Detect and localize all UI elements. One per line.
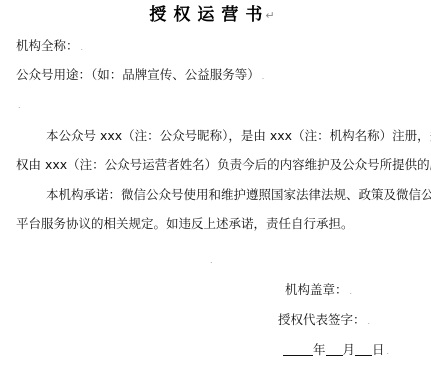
year-label: 年 bbox=[313, 342, 326, 357]
account-usage-label: 公众号用途：（如：品牌宣传、公益服务等） bbox=[16, 67, 260, 82]
authorization-text-1: 本公众号 xxx（注：公众号昵称），是由 xxx（注：机构名称）注册，并授 bbox=[46, 128, 431, 143]
date-field[interactable]: 年月日. bbox=[283, 342, 389, 360]
document-page: 授权运营书↵ 机构全称：. 公众号用途：（如：品牌宣传、公益服务等）. . 本公… bbox=[0, 0, 431, 381]
paragraph-mark-icon: . bbox=[81, 43, 84, 52]
rep-signature-label: 授权代表签字： bbox=[278, 312, 366, 327]
paragraph-mark-icon: . bbox=[262, 72, 265, 81]
org-seal-label: 机构盖章： bbox=[285, 282, 348, 297]
commitment-paragraph-line-2: 平台服务协议的相关规定。如违反上述承诺，责任自行承担。 bbox=[16, 216, 354, 232]
day-label: 日 bbox=[372, 342, 385, 357]
commitment-text-2: 平台服务协议的相关规定。如违反上述承诺，责任自行承担。 bbox=[16, 216, 354, 231]
document-title: 授权运营书↵ bbox=[0, 4, 431, 27]
account-usage-field[interactable]: 公众号用途：（如：品牌宣传、公益服务等）. bbox=[16, 67, 264, 85]
title-text: 授权运营书 bbox=[149, 5, 269, 25]
authorization-text-2: 权由 xxx（注：公众号运营者姓名）负责今后的内容维护及公众号所提供的服务。 bbox=[16, 157, 431, 172]
paragraph-mark-icon: ↵ bbox=[265, 9, 281, 22]
paragraph-mark-icon: . bbox=[387, 347, 390, 356]
empty-paragraph: . bbox=[16, 96, 21, 114]
commitment-paragraph-line-1: 本机构承诺：微信公众号使用和维护遵照国家法律法规、政策及微信公众 bbox=[46, 187, 422, 203]
paragraph-mark-icon: . bbox=[350, 287, 353, 296]
org-full-name-label: 机构全称： bbox=[16, 38, 79, 53]
month-blank[interactable] bbox=[326, 342, 343, 356]
paragraph-mark-icon: . bbox=[210, 256, 213, 265]
paragraph-mark-icon: . bbox=[18, 101, 21, 110]
month-label: 月 bbox=[343, 342, 356, 357]
empty-paragraph-centered: . bbox=[208, 251, 213, 269]
year-blank[interactable] bbox=[283, 342, 313, 356]
paragraph-mark-icon: . bbox=[368, 317, 371, 326]
rep-signature-field[interactable]: 授权代表签字：. bbox=[278, 312, 370, 330]
commitment-text-1: 本机构承诺：微信公众号使用和维护遵照国家法律法规、政策及微信公众 bbox=[46, 187, 431, 202]
org-full-name-field[interactable]: 机构全称：. bbox=[16, 38, 83, 56]
day-blank[interactable] bbox=[355, 342, 372, 356]
org-seal-field[interactable]: 机构盖章：. bbox=[285, 282, 352, 300]
authorization-paragraph-line-1: 本公众号 xxx（注：公众号昵称），是由 xxx（注：机构名称）注册，并授 bbox=[46, 128, 422, 144]
authorization-paragraph-line-2: 权由 xxx（注：公众号运营者姓名）负责今后的内容维护及公众号所提供的服务。. bbox=[16, 157, 431, 175]
